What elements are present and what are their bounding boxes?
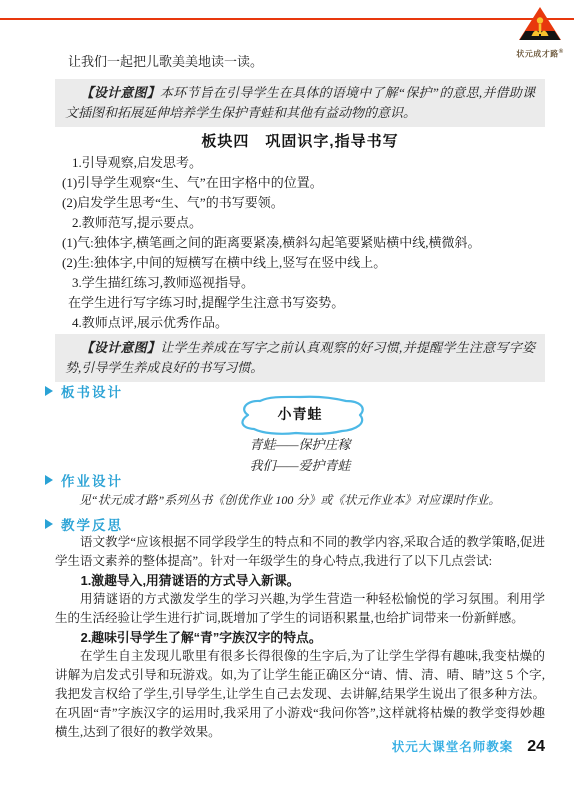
- step-item: (1)引导学生观察“生、气”在田字格中的位置。: [55, 173, 545, 193]
- step-item: 4.教师点评,展示优秀作品。: [55, 313, 545, 333]
- teaching-steps: 1.引导观察,启发思考。 (1)引导学生观察“生、气”在田字格中的位置。 (2)…: [55, 153, 545, 333]
- board-design-bubble: 小青蛙: [55, 395, 545, 435]
- step-item: (2)生:独体字,中间的短横写在横中线上,竖写在竖中线上。: [55, 253, 545, 273]
- design-intent-label: 【设计意图】: [81, 85, 160, 100]
- reflection-paragraph: 语文教学“应该根据不同学段学生的特点和不同的教学内容,采取合适的教学策略,促进学…: [55, 533, 545, 571]
- step-item: 在学生进行写字练习时,提醒学生注意书写姿势。: [55, 293, 545, 313]
- reflection-paragraphs: 语文教学“应该根据不同学段学生的特点和不同的教学内容,采取合适的教学策略,促进学…: [55, 533, 545, 742]
- section-header-reflection: 教学反思: [45, 514, 123, 534]
- step-item: (1)气:独体字,横笔画之间的距离要紧凑,横斜勾起笔要紧贴横中线,横微斜。: [55, 233, 545, 253]
- board-line: 青蛙——保护庄稼: [55, 434, 545, 455]
- page-number: 24: [527, 738, 545, 756]
- board-design-topic: 小青蛙: [55, 404, 545, 424]
- section-header-label: 作业设计: [61, 470, 123, 490]
- homework-text: 见“状元成才路”系列丛书《创优作业 100 分》或《状元作业本》对应课时作业。: [55, 491, 545, 510]
- reflection-paragraph: 在学生自主发现儿歌里有很多长得很像的生字后,为了让学生学得有趣味,我变枯燥的讲解…: [55, 647, 545, 742]
- reflection-paragraph: 用猜谜语的方式激发学生的学习兴趣,为学生营造一种轻松愉悦的学习氛围。利用学生的生…: [55, 590, 545, 628]
- design-intent-box-2: 【设计意图】让学生养成在写字之前认真观察的好习惯,并提醒学生注意写字姿势,引导学…: [55, 334, 545, 382]
- design-intent-box-1: 【设计意图】本环节旨在引导学生在具体的语境中了解“保护”的意思,并借助课文插图和…: [55, 79, 545, 127]
- triangle-bullet-icon: [45, 386, 53, 396]
- triangle-bullet-icon: [45, 519, 53, 529]
- intro-line: 让我们一起把儿歌美美地读一读。: [55, 52, 545, 72]
- reflection-subheading: 2.趣味引导学生了解“青”字族汉字的特点。: [55, 628, 545, 647]
- page-content: 让我们一起把儿歌美美地读一读。 【设计意图】本环节旨在引导学生在具体的语境中了解…: [55, 0, 545, 802]
- step-item: 2.教师范写,提示要点。: [55, 213, 545, 233]
- step-item: 3.学生描红练习,教师巡视指导。: [55, 273, 545, 293]
- lesson-plan-page: 状元成才路® 让我们一起把儿歌美美地读一读。 【设计意图】本环节旨在引导学生在具…: [0, 0, 574, 802]
- board-design-lines: 青蛙——保护庄稼 我们——爱护青蛙: [55, 434, 545, 476]
- design-intent-label: 【设计意图】: [81, 340, 161, 355]
- section-header-homework: 作业设计: [45, 470, 123, 490]
- triangle-bullet-icon: [45, 475, 53, 485]
- section-header-label: 教学反思: [61, 514, 123, 534]
- module-title: 板块四 巩固识字,指导书写: [55, 130, 545, 151]
- board-line: 我们——爱护青蛙: [55, 455, 545, 476]
- page-footer: 状元大课堂名师教案 24: [392, 737, 545, 756]
- footer-series-label: 状元大课堂名师教案: [392, 737, 514, 755]
- reflection-subheading: 1.激趣导入,用猜谜语的方式导入新课。: [55, 571, 545, 590]
- step-item: (2)启发学生思考“生、气”的书写要领。: [55, 193, 545, 213]
- step-item: 1.引导观察,启发思考。: [55, 153, 545, 173]
